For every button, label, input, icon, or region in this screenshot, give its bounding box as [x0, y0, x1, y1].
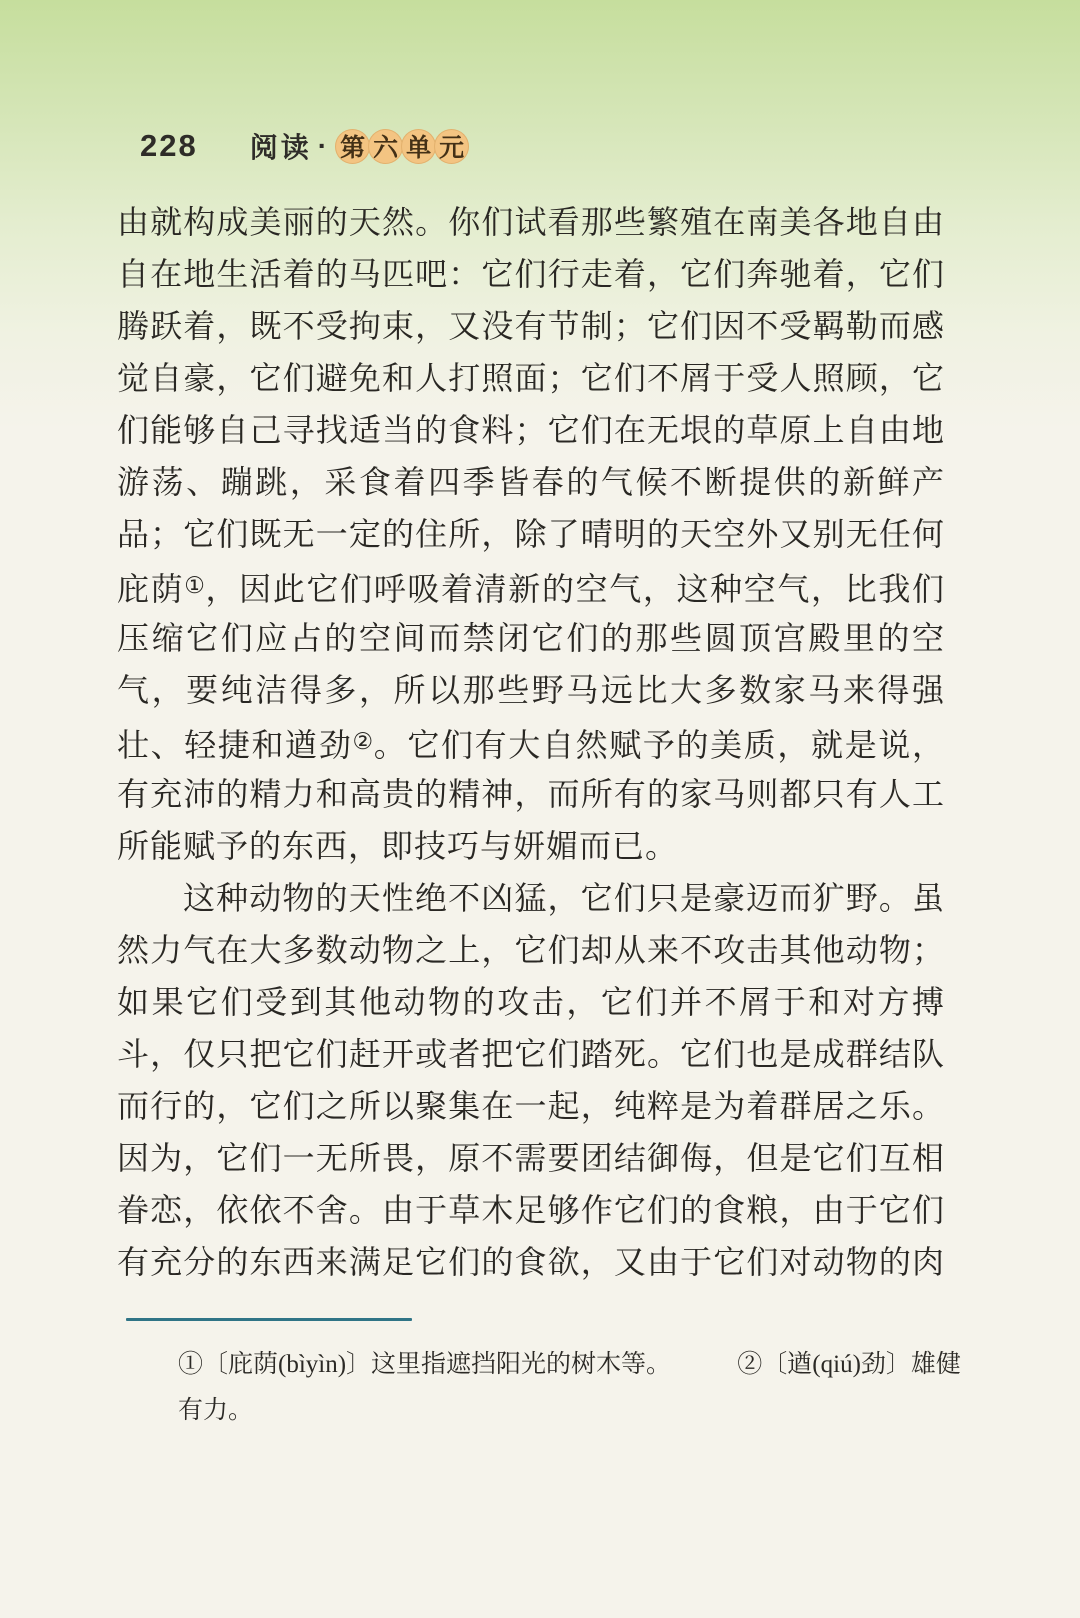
body-text-line: 庇荫①，因此它们呼吸着清新的空气，这种空气，比我们 — [117, 560, 945, 612]
body-text-line: 觉自豪，它们避免和人打照面；它们不屑于受人照顾，它 — [117, 352, 945, 404]
body-text-line: 品；它们既无一定的住所，除了晴明的天空外又别无任何 — [117, 508, 945, 560]
footnotes: ①〔庇荫(bìyìn)〕这里指遮挡阳光的树木等。 ②〔遒(qiú)劲〕雄健有力。 — [178, 1342, 970, 1434]
textbook-page: 228 阅读 · 第六单元 由就构成美丽的天然。你们试看那些繁殖在南美各地自由自… — [0, 0, 1080, 1618]
section-label: 阅读 — [250, 126, 312, 166]
footnote-ref-mark: ① — [184, 573, 205, 598]
body-text-line: 有充沛的精力和高贵的精神，而所有的家马则都只有人工 — [117, 768, 945, 820]
header-separator-dot: · — [318, 130, 327, 162]
body-text-line: 们能够自己寻找适当的食料；它们在无垠的草原上自由地 — [117, 404, 945, 456]
body-text-line: 自在地生活着的马匹吧：它们行走着，它们奔驰着，它们 — [117, 248, 945, 300]
footnote-item-1: ①〔庇荫(bìyìn)〕这里指遮挡阳光的树木等。 — [178, 1351, 671, 1378]
unit-badge-char: 元 — [434, 129, 469, 164]
body-text-line: 而行的，它们之所以聚集在一起，纯粹是为着群居之乐。 — [117, 1080, 945, 1132]
body-text-line: 气，要纯洁得多，所以那些野马远比大多数家马来得强 — [117, 664, 945, 716]
body-text-line: 如果它们受到其他动物的攻击，它们并不屑于和对方搏 — [117, 976, 945, 1028]
body-text-line: 眷恋，依依不舍。由于草木足够作它们的食粮，由于它们 — [117, 1184, 945, 1236]
page-header: 228 阅读 · 第六单元 — [140, 126, 469, 166]
article-text: 由就构成美丽的天然。你们试看那些繁殖在南美各地自由自在地生活着的马匹吧：它们行走… — [117, 196, 945, 1288]
body-text-line: 腾跃着，既不受拘束，又没有节制；它们因不受羁勒而感 — [117, 300, 945, 352]
body-text-line: 压缩它们应占的空间而禁闭它们的那些圆顶宫殿里的空 — [117, 612, 945, 664]
unit-badge: 第六单元 — [337, 129, 469, 164]
body-text-line: 所能赋予的东西，即技巧与妍媚而已。 — [117, 820, 945, 872]
footnote-divider — [126, 1318, 412, 1321]
unit-badge-char: 第 — [335, 129, 370, 164]
body-text-line: 由就构成美丽的天然。你们试看那些繁殖在南美各地自由 — [117, 196, 945, 248]
body-text-line: 壮、轻捷和遒劲②。它们有大自然赋予的美质，就是说， — [117, 716, 945, 768]
body-text-line: 因为，它们一无所畏，原不需要团结御侮，但是它们互相 — [117, 1132, 945, 1184]
page-number: 228 — [140, 128, 198, 164]
body-text-line: 这种动物的天性绝不凶猛，它们只是豪迈而犷野。虽 — [117, 872, 945, 924]
body-text-line: 然力气在大多数动物之上，它们却从来不攻击其他动物； — [117, 924, 945, 976]
footnote-ref-mark: ② — [352, 729, 373, 754]
unit-badge-char: 单 — [401, 129, 436, 164]
body-text-line: 斗，仅只把它们赶开或者把它们踏死。它们也是成群结队 — [117, 1028, 945, 1080]
body-text-line: 游荡、蹦跳，采食着四季皆春的气候不断提供的新鲜产 — [117, 456, 945, 508]
body-text-line: 有充分的东西来满足它们的食欲，又由于它们对动物的肉 — [117, 1236, 945, 1288]
unit-badge-char: 六 — [368, 129, 403, 164]
